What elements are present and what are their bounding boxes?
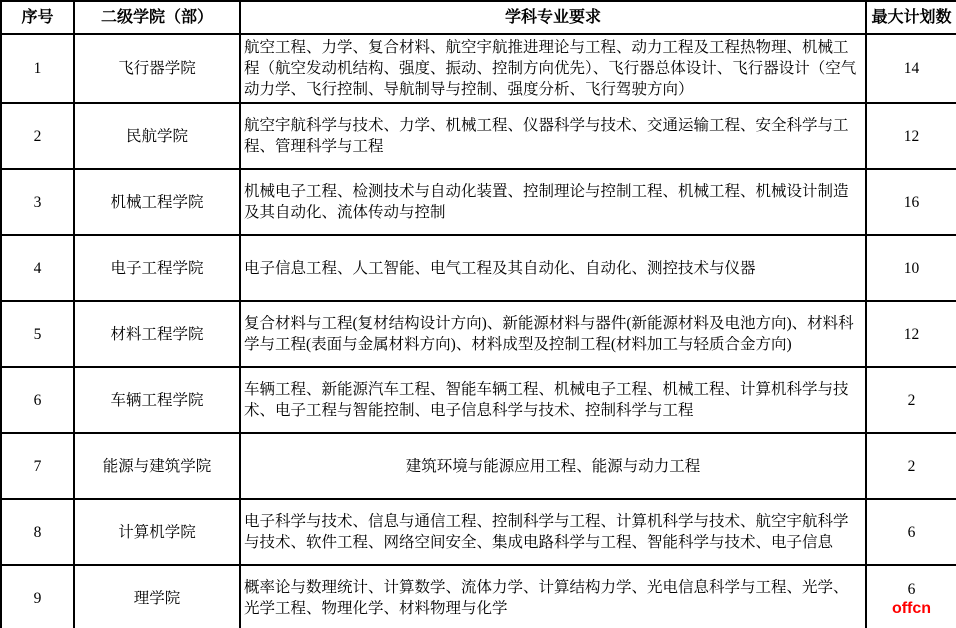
requirements-cell: 机械电子工程、检测技术与自动化装置、控制理论与控制工程、机械工程、机械设计制造及… [240, 169, 866, 235]
requirements-cell: 车辆工程、新能源汽车工程、智能车辆工程、机械电子工程、机械工程、计算机科学与技术… [240, 367, 866, 433]
table-row: 8 计算机学院 电子科学与技术、信息与通信工程、控制科学与工程、计算机科学与技术… [1, 499, 956, 565]
max-plan-cell: 6 [866, 499, 956, 565]
requirements-cell: 复合材料与工程(复材结构设计方向)、新能源材料与器件(新能源材料及电池方向)、材… [240, 301, 866, 367]
max-plan-cell: 14 [866, 34, 956, 103]
serial-number-cell: 5 [1, 301, 74, 367]
requirements-cell: 航空工程、力学、复合材料、航空宇航推进理论与工程、动力工程及工程热物理、机械工程… [240, 34, 866, 103]
serial-number-cell: 9 [1, 565, 74, 628]
college-cell: 计算机学院 [74, 499, 240, 565]
college-cell: 理学院 [74, 565, 240, 628]
table-row: 9 理学院 概率论与数理统计、计算数学、流体力学、计算结构力学、光电信息科学与工… [1, 565, 956, 628]
header-max-plan: 最大计划数 [866, 1, 956, 34]
requirements-cell: 建筑环境与能源应用工程、能源与动力工程 [240, 433, 866, 499]
requirements-cell: 电子科学与技术、信息与通信工程、控制科学与工程、计算机科学与技术、航空宇航科学与… [240, 499, 866, 565]
recruitment-plan-document: 序号 二级学院（部） 学科专业要求 最大计划数 1 飞行器学院 航空工程、力学、… [0, 0, 956, 628]
table-row: 2 民航学院 航空宇航科学与技术、力学、机械工程、仪器科学与技术、交通运输工程、… [1, 103, 956, 169]
serial-number-cell: 7 [1, 433, 74, 499]
max-plan-cell: 12 [866, 301, 956, 367]
table-row: 3 机械工程学院 机械电子工程、检测技术与自动化装置、控制理论与控制工程、机械工… [1, 169, 956, 235]
serial-number-cell: 2 [1, 103, 74, 169]
max-plan-cell: 6 offcn [866, 565, 956, 628]
college-cell: 民航学院 [74, 103, 240, 169]
table-row: 6 车辆工程学院 车辆工程、新能源汽车工程、智能车辆工程、机械电子工程、机械工程… [1, 367, 956, 433]
header-college: 二级学院（部） [74, 1, 240, 34]
college-cell: 能源与建筑学院 [74, 433, 240, 499]
serial-number-cell: 4 [1, 235, 74, 301]
table-row: 7 能源与建筑学院 建筑环境与能源应用工程、能源与动力工程 2 [1, 433, 956, 499]
college-cell: 材料工程学院 [74, 301, 240, 367]
serial-number-cell: 1 [1, 34, 74, 103]
college-cell: 飞行器学院 [74, 34, 240, 103]
requirements-cell: 电子信息工程、人工智能、电气工程及其自动化、自动化、测控技术与仪器 [240, 235, 866, 301]
requirements-cell: 概率论与数理统计、计算数学、流体力学、计算结构力学、光电信息科学与工程、光学、光… [240, 565, 866, 628]
serial-number-cell: 6 [1, 367, 74, 433]
max-plan-cell: 16 [866, 169, 956, 235]
college-cell: 车辆工程学院 [74, 367, 240, 433]
table-row: 4 电子工程学院 电子信息工程、人工智能、电气工程及其自动化、自动化、测控技术与… [1, 235, 956, 301]
max-plan-value: 6 [908, 579, 916, 600]
college-cell: 电子工程学院 [74, 235, 240, 301]
serial-number-cell: 3 [1, 169, 74, 235]
max-plan-cell: 2 [866, 367, 956, 433]
recruitment-plan-table: 序号 二级学院（部） 学科专业要求 最大计划数 1 飞行器学院 航空工程、力学、… [0, 0, 956, 628]
table-row: 1 飞行器学院 航空工程、力学、复合材料、航空宇航推进理论与工程、动力工程及工程… [1, 34, 956, 103]
table-header-row: 序号 二级学院（部） 学科专业要求 最大计划数 [1, 1, 956, 34]
max-plan-cell: 12 [866, 103, 956, 169]
offcn-watermark: offcn [892, 600, 931, 618]
serial-number-cell: 8 [1, 499, 74, 565]
college-cell: 机械工程学院 [74, 169, 240, 235]
header-requirements: 学科专业要求 [240, 1, 866, 34]
header-serial-number: 序号 [1, 1, 74, 34]
requirements-cell: 航空宇航科学与技术、力学、机械工程、仪器科学与技术、交通运输工程、安全科学与工程… [240, 103, 866, 169]
table-row: 5 材料工程学院 复合材料与工程(复材结构设计方向)、新能源材料与器件(新能源材… [1, 301, 956, 367]
max-plan-cell: 10 [866, 235, 956, 301]
max-plan-cell: 2 [866, 433, 956, 499]
